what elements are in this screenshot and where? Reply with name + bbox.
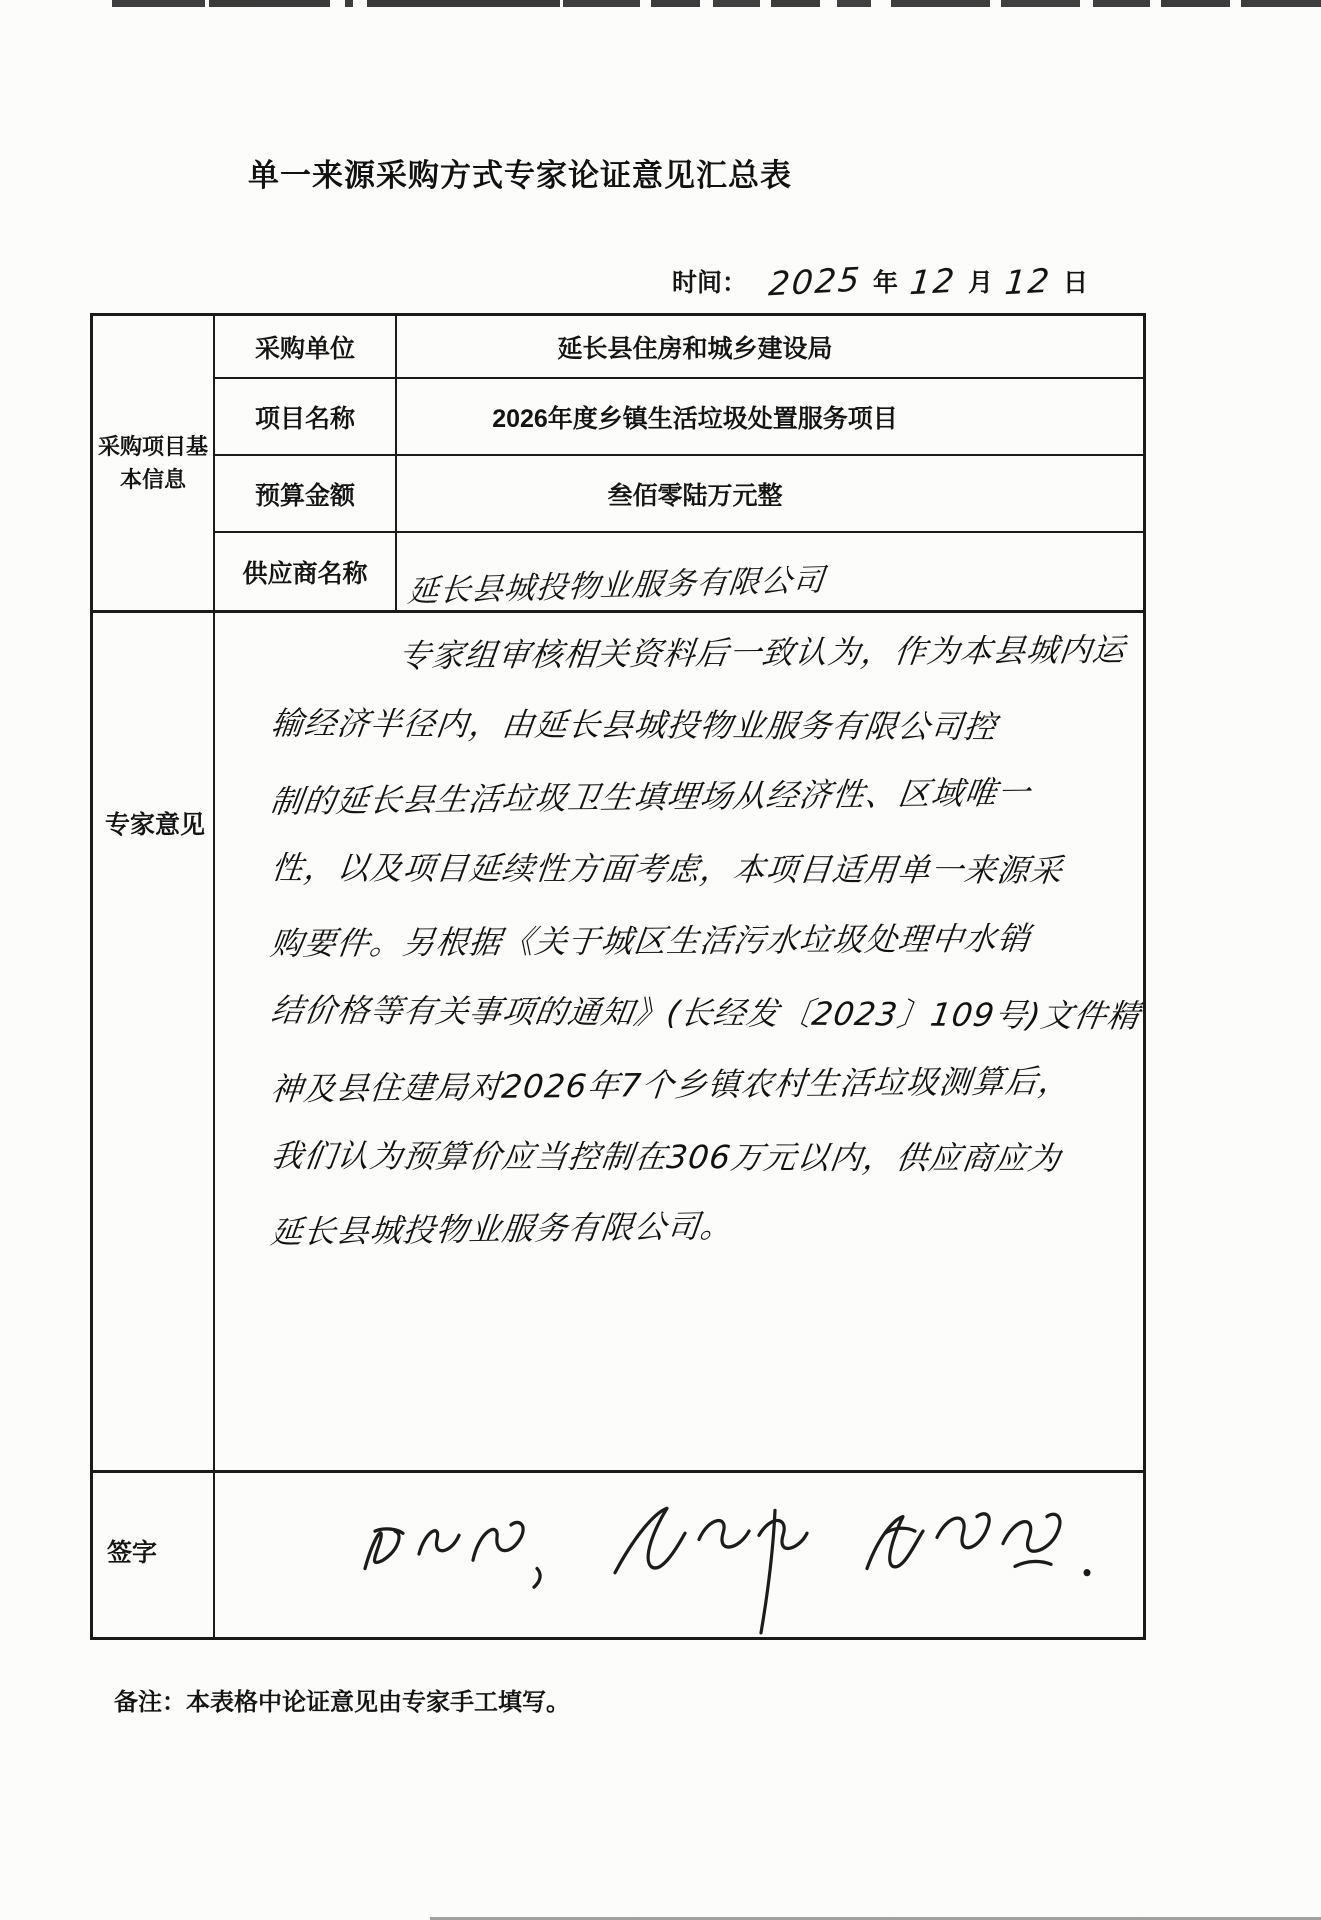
signature-label-cell: 签字 [93, 1473, 215, 1637]
label-project-name: 项目名称 [215, 379, 397, 456]
opinion-line: 性，以及项目延续性方面考虑，本项目适用单一来源采 [271, 833, 1133, 905]
group-label-cell: 采购项目基本信息 [93, 316, 215, 613]
opinion-line: 延长县城投物业服务有限公司。 [271, 1193, 1133, 1265]
date-month-handwritten: 12 [908, 260, 958, 301]
signature-1 [365, 1522, 540, 1587]
opinion-line: 输经济半径内，由延长县城投物业服务有限公司控 [271, 689, 1133, 761]
signatures-graphic [215, 1473, 1143, 1637]
date-label: 时间： [672, 263, 747, 299]
label-supplier-name: 供应商名称 [215, 533, 397, 613]
date-year-handwritten: 2025 [767, 259, 863, 303]
opinion-line: 专家组审核相关资料后一致认为，作为本县城内运 [271, 617, 1133, 689]
supplier-name-handwritten: 延长县城投物业服务有限公司 [406, 554, 828, 611]
label-budget-amount: 预算金额 [215, 456, 397, 533]
summary-table: 采购项目基本信息 采购单位 延长县住房和城乡建设局 项目名称 2026年度乡镇生… [90, 313, 1146, 1640]
date-line: 时间： 2025 年 12 月 12 日 [672, 258, 1092, 304]
group-label: 采购项目基本信息 [96, 430, 210, 496]
opinion-line: 我们认为预算价应当控制在306万元以内，供应商应为 [271, 1121, 1133, 1193]
opinion-line: 神及县住建局对2026年7个乡镇农村生活垃圾测算后， [271, 1049, 1133, 1121]
signature-3 [867, 1514, 1091, 1576]
opinion-line: 制的延长县生活垃圾卫生填埋场从经济性、区域唯一 [271, 761, 1133, 833]
signature-2 [615, 1508, 807, 1633]
opinion-line: 结价格等有关事项的通知》(长经发〔2023〕109号)文件精 [271, 977, 1133, 1049]
expert-opinion-label-cell: 专家意见 [93, 613, 215, 1473]
value-budget-amount: 叁佰零陆万元整 [397, 456, 1143, 533]
value-project-name: 2026年度乡镇生活垃圾处置服务项目 [397, 379, 1143, 456]
date-day-unit: 日 [1063, 263, 1088, 299]
date-month-unit: 月 [968, 263, 993, 299]
scan-edge-artifact-top [0, 0, 1321, 7]
scanned-document-page: 单一来源采购方式专家论证意见汇总表 时间： 2025 年 12 月 12 日 采… [0, 0, 1321, 1920]
date-day-handwritten: 12 [1003, 260, 1053, 301]
signature-body [215, 1473, 1143, 1637]
label-purchasing-unit: 采购单位 [215, 316, 397, 379]
expert-opinion-body: 专家组审核相关资料后一致认为，作为本县城内运 输经济半径内，由延长县城投物业服务… [215, 613, 1143, 1473]
value-supplier-name-cell: 延长县城投物业服务有限公司 [397, 533, 1143, 613]
footnote: 备注：本表格中论证意见由专家手工填写。 [114, 1682, 570, 1717]
date-year-unit: 年 [873, 263, 898, 299]
page-title: 单一来源采购方式专家论证意见汇总表 [90, 150, 950, 195]
opinion-line: 购要件。另根据《关于城区生活污水垃圾处理中水销 [271, 905, 1133, 977]
value-purchasing-unit: 延长县住房和城乡建设局 [397, 316, 1143, 379]
